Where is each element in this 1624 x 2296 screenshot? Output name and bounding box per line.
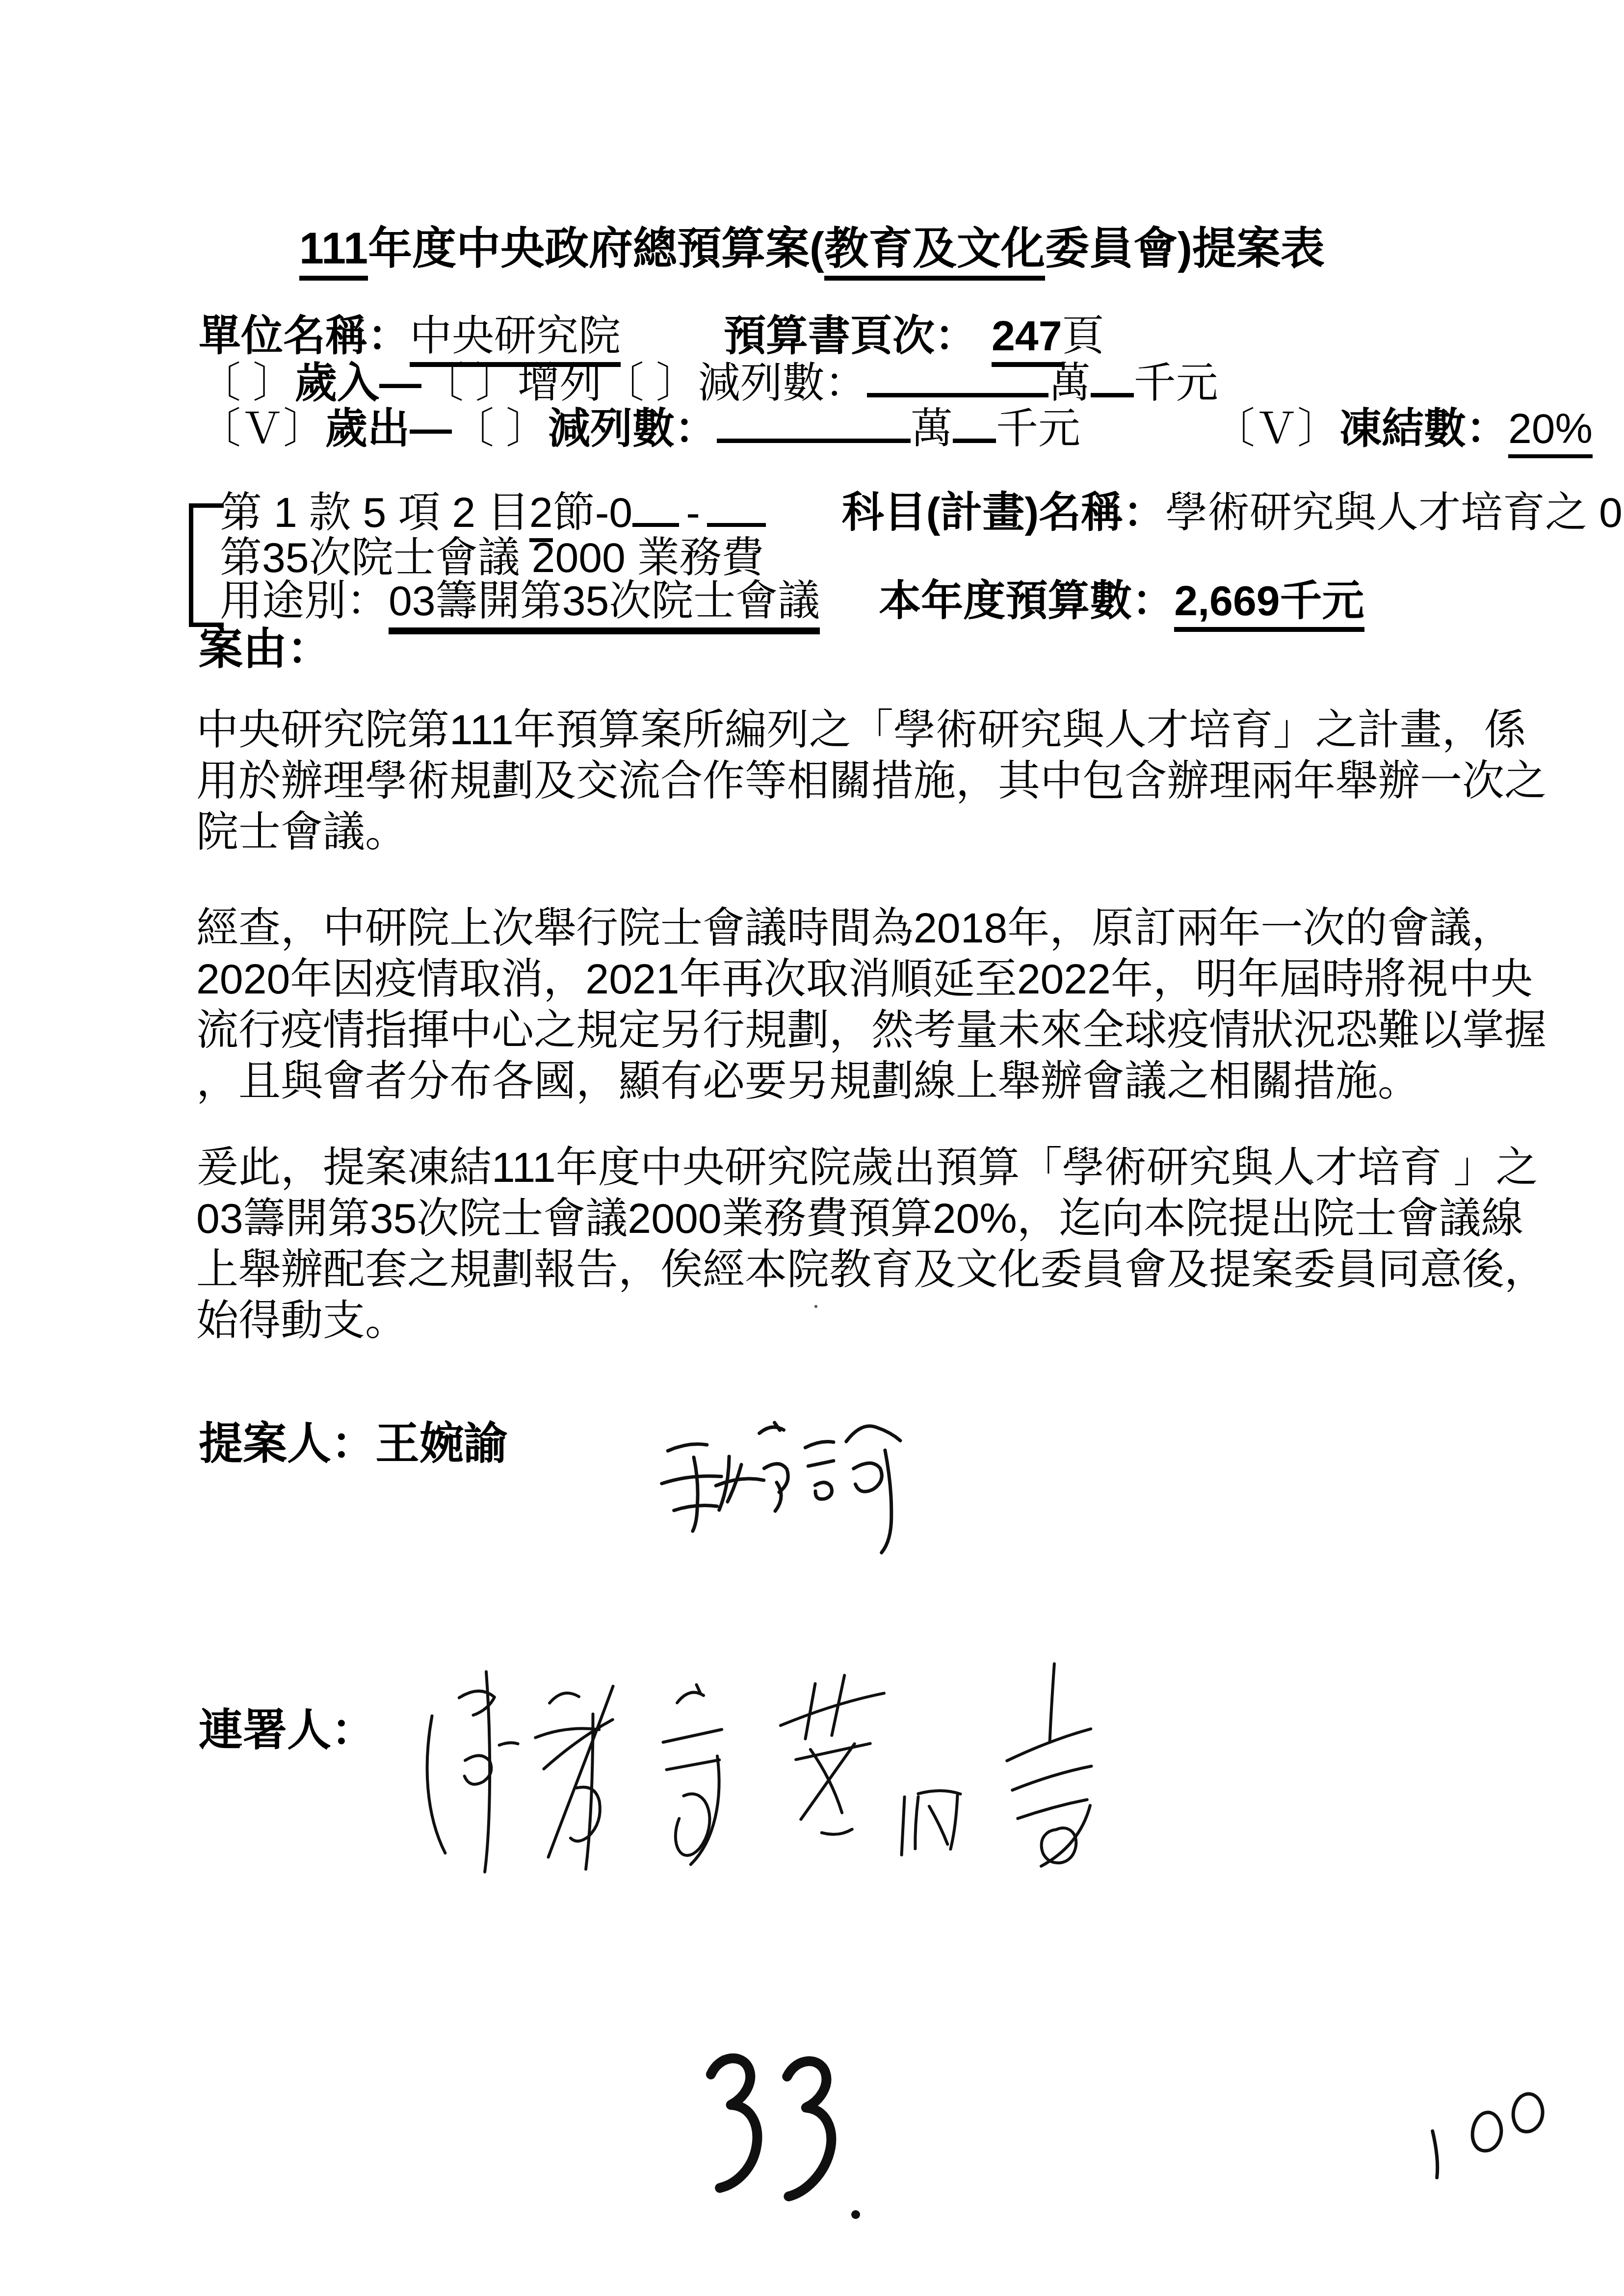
blank-underline (707, 492, 766, 527)
freeze-label: 凍結數： (1339, 405, 1508, 452)
blank-underline (1091, 362, 1134, 397)
proposer-label: 提案人： (199, 1419, 375, 1468)
expense-row: 〔Ｖ〕歲出—〔 〕減列數：萬千元〔Ｖ〕凍結數：20% (199, 407, 1593, 450)
title-part-a: 年度中央政府總預算案( (368, 224, 824, 273)
cause-paragraph-1: 中央研究院第111年預算案所編列之「學術研究與人才培育」之計畫，係 用於辦理學術… (196, 704, 1546, 858)
usage-label: 用途別： (220, 577, 389, 625)
expense-label: 歲出 (325, 405, 410, 452)
expense-cut-label: 減列數： (548, 405, 717, 452)
budget-book-page-unit: 頁 (1062, 313, 1104, 360)
clause-suffix: 節-0 (553, 489, 632, 536)
scan-speck (1309, 1179, 1312, 1183)
title-year: 111 (299, 224, 368, 281)
cause-heading: 案由： (199, 627, 331, 671)
scan-speck (814, 1305, 817, 1308)
blank-underline (717, 407, 911, 443)
paragraph-line: 爰此，提案凍結111年度中央研究院歲出預算「學術研究與人才培育 」之 (196, 1142, 1546, 1193)
blank-underline (867, 362, 1048, 397)
expense-cut-checkbox: 〔 〕 (452, 405, 548, 452)
cause-paragraph-2: 經查，中研院上次舉行院士會議時間為2018年，原訂兩年一次的會議， 2020年因… (196, 903, 1546, 1107)
paragraph-line: 03籌開第35次院士會議2000業務費預算20%，迄向本院提出院士會議線 (196, 1193, 1546, 1244)
clause-dash: - (686, 489, 700, 536)
unit-row: 單位名稱：中央研究院預算書頁次：247頁 (199, 315, 1104, 357)
paragraph-line: 上舉辦配套之規劃報告，俟經本院教育及文化委員會及提案委員同意後， (196, 1244, 1546, 1295)
budget-item-line2: 第35次院士會議 2000 業務費 (220, 537, 764, 579)
cause-paragraph-3: 爰此，提案凍結111年度中央研究院歲出預算「學術研究與人才培育 」之 03籌開第… (196, 1142, 1546, 1346)
cosigner-signatures (400, 1630, 1111, 1878)
page-title: 111年度中央政府總預算案(教育及文化委員會)提案表 (0, 227, 1624, 271)
paragraph-line: 2020年因疫情取消，2021年再次取消順延至2022年，明年屆時將視中央 (196, 954, 1546, 1005)
subject-label: 科目(計畫)名稱： (842, 489, 1165, 536)
revenue-wan-unit: 萬 (1048, 360, 1091, 407)
clause-prefix: 第 1 款 5 項 2 目 (220, 489, 529, 536)
paragraph-line: 始得動支。 (196, 1295, 1546, 1346)
revenue-qian-unit: 千元 (1134, 360, 1218, 407)
paragraph-line: 經查，中研院上次舉行院士會議時間為2018年，原訂兩年一次的會議， (196, 903, 1546, 954)
proposer-name: 王婉諭 (375, 1419, 508, 1468)
paragraph-line: 流行疫情指揮中心之規定另行規劃，然考量未來全球疫情狀況恐難以掌握 (196, 1005, 1546, 1056)
proposer-signature (550, 1399, 961, 1586)
paragraph-line: 用於辦理學術規劃及交流合作等相關措施，其中包含辦理兩年舉辦一次之 (196, 756, 1546, 807)
cosigner-row: 連署人： (199, 1708, 375, 1752)
unit-name-value: 中央研究院 (410, 313, 621, 367)
freeze-checkbox: 〔Ｖ〕 (1213, 405, 1339, 452)
cosigner-label: 連署人： (199, 1706, 375, 1755)
unit-name-label: 單位名稱： (199, 313, 410, 360)
freeze-value: 20% (1508, 405, 1593, 458)
proposer-row: 提案人：王婉諭 (199, 1422, 508, 1466)
expense-wan-unit: 萬 (911, 405, 953, 452)
revenue-dash: — (379, 360, 421, 407)
expense-qian-unit: 千元 (996, 405, 1080, 452)
budget-item-line1: 第 1 款 5 項 2 目2節-0-科目(計畫)名稱：學術研究與人才培育之 03… (220, 492, 1624, 534)
item-bracket (189, 503, 224, 627)
subject-value-line2: 第35次院士會議 2000 業務費 (220, 534, 764, 581)
budget-amount-label: 本年度預算數： (879, 577, 1174, 625)
budget-book-page-value: 247 (992, 313, 1062, 367)
paragraph-line: ，且與會者分布各國，顯有必要另規劃線上舉辦會議之相關措施。 (196, 1056, 1546, 1107)
budget-book-page-label: 預算書頁次： (724, 313, 977, 360)
expense-checkbox: 〔Ｖ〕 (199, 405, 325, 452)
handwritten-corner-number-100 (1407, 2071, 1574, 2200)
title-part-b: 委員會)提案表 (1045, 224, 1325, 273)
revenue-add-label: 增列 (518, 360, 602, 407)
paragraph-line: 院士會議。 (196, 807, 1546, 858)
revenue-cut-checkbox: 〔 〕 (602, 360, 698, 407)
revenue-add-checkbox: 〔 〕 (421, 360, 518, 407)
budget-amount: 2,669千元 (1174, 577, 1364, 632)
revenue-row: 〔 〕歲入—〔 〕增列〔 〕減列數：萬千元 (199, 362, 1218, 404)
usage-value: 03籌開第35次院士會議 (389, 577, 820, 634)
revenue-label: 歲入 (295, 360, 379, 407)
title-committee: 教育及文化 (824, 224, 1045, 281)
handwritten-page-number-33 (700, 2047, 935, 2233)
expense-dash: — (410, 405, 452, 452)
subject-value-line1: 學術研究與人才培育之 03籌開 (1165, 489, 1624, 536)
budget-amount-value: 2,669 (1174, 577, 1280, 625)
budget-amount-unit: 千元 (1280, 577, 1364, 625)
blank-underline (953, 407, 996, 443)
revenue-checkbox: 〔 〕 (199, 360, 295, 407)
scanned-budget-proposal-form: 111年度中央政府總預算案(教育及文化委員會)提案表 單位名稱：中央研究院預算書… (0, 0, 1624, 2296)
budget-item-line3: 用途別：03籌開第35次院士會議本年度預算數：2,669千元 (220, 580, 1364, 622)
blank-underline (632, 492, 679, 527)
paragraph-line: 中央研究院第111年預算案所編列之「學術研究與人才培育」之計畫，係 (196, 704, 1546, 756)
revenue-cut-label: 減列數： (698, 360, 867, 407)
